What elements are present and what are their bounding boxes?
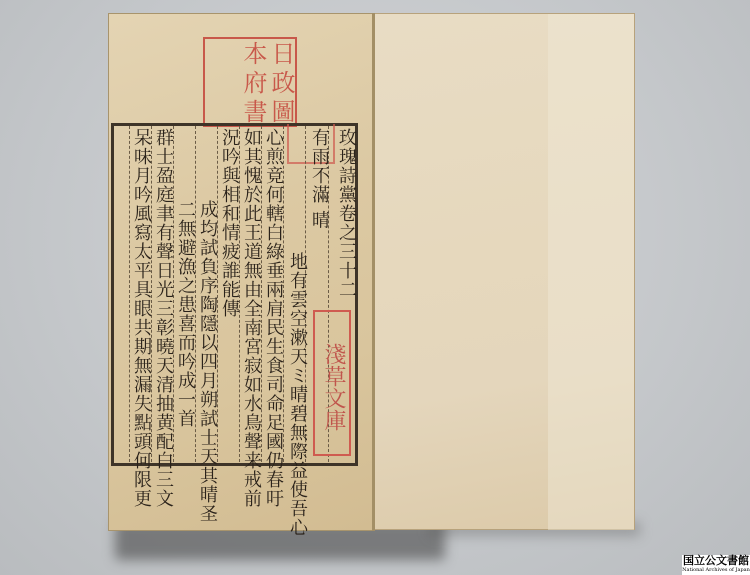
text-column: 成均試負序陶隱以四月朔試士天其晴圣 <box>196 200 218 523</box>
book-spine <box>372 13 375 531</box>
text-column: 呆味月吟風寫太平具眼共期無漏失點頭何限更 <box>130 128 152 508</box>
archive-watermark: 国立公文書館 National Archives of Japan <box>682 555 750 575</box>
seal-chars-3: 圖書 <box>205 96 295 125</box>
red-box-stamp: 淺草文庫 <box>313 310 351 456</box>
text-column: 群士盈庭聿有聲日光三彰曉天清抽黄配白三文 <box>152 128 174 508</box>
text-column: 況吟與相和情疲誰能傳 <box>218 128 240 318</box>
watermark-subtitle: National Archives of Japan <box>682 567 750 574</box>
text-column: 有雨不滿 晴 <box>308 128 330 230</box>
library-seal: 日本 政府 圖書 <box>203 37 297 127</box>
seal-chars-2: 政府 <box>205 68 295 97</box>
text-column: 二無避漁之患喜而吟成一首 <box>174 200 196 428</box>
right-page-fold <box>548 14 634 530</box>
text-column: 地有雲空漱天ミ晴碧無際益使吾心 <box>286 252 308 537</box>
seal-chars-1: 日本 <box>205 39 295 68</box>
watermark-title: 国立公文書館 <box>682 555 750 567</box>
text-column: 心煎竟何轄白綠垂兩肩民生食司命足國仍春吁 <box>262 128 284 508</box>
text-column: 如其愧於此王道無由全南宮寂如水鳥聲来戒前 <box>240 128 262 508</box>
book-title-column: 玫瑰詩黨卷之三十二 <box>333 128 359 299</box>
